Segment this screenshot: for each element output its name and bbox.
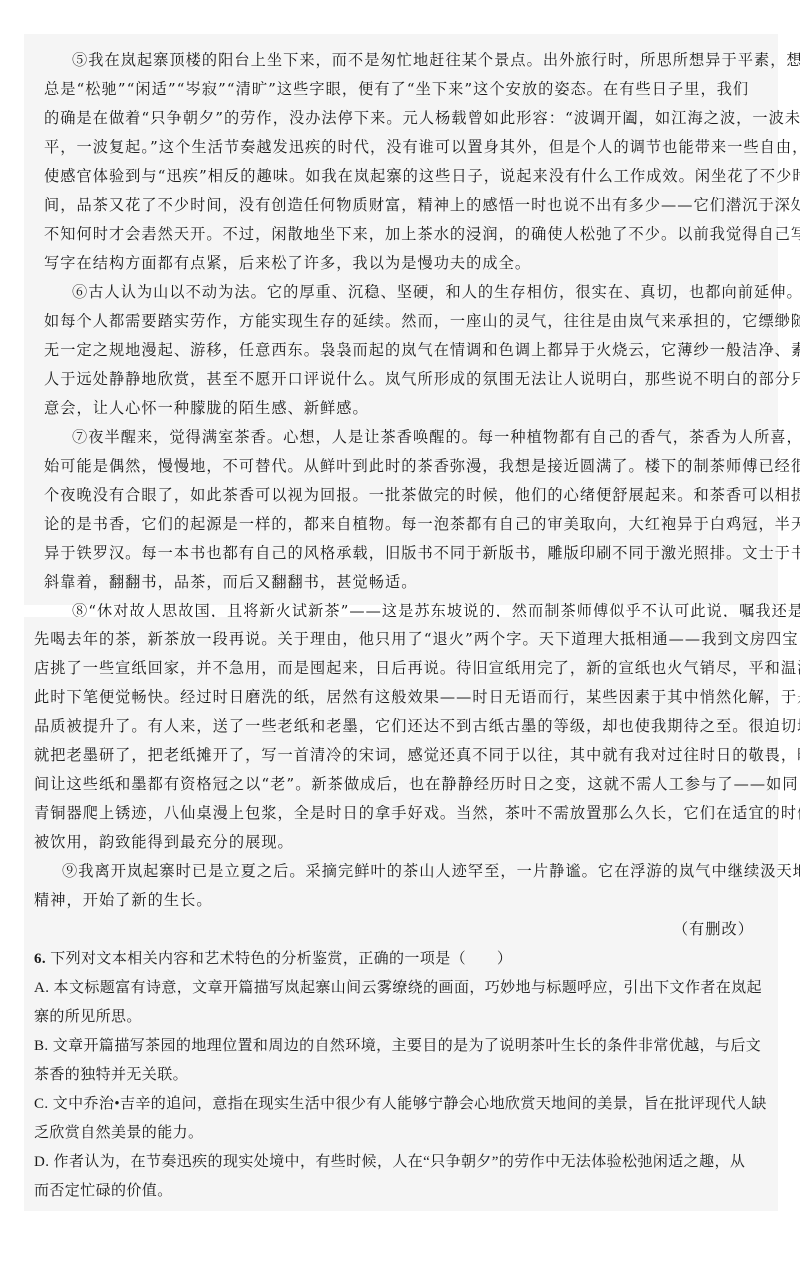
revision-note: （有删改） — [24, 915, 754, 944]
question-stem-text: 下列对文本相关内容和艺术特色的分析鉴赏，正确的一项是（ ） — [50, 945, 512, 974]
essay-line: 如每个人都需要踏实劳作，方能实现生存的延续。然而，一座山的灵气，往往是由岚气来承… — [44, 307, 768, 336]
option-b[interactable]: B. 文章开篇描写茶园的地理位置和周边的自然环境，主要目的是为了说明茶叶生长的条… — [34, 1032, 788, 1061]
essay-line: ⑦夜半醒来，觉得满室茶香。心想，人是让茶香唤醒的。每一种植物都有自己的香气，茶香… — [72, 423, 768, 452]
option-d-label: D. — [34, 1148, 49, 1177]
option-c-text: 文中乔治•吉辛的追问，意指在现实生活中很少有人能够宁静会心地欣赏天地间的美景，旨… — [53, 1090, 767, 1119]
essay-line: 此时下笔便觉畅快。经过时日磨洗的纸，居然有这般效果——时日无语而行，某些因素于其… — [34, 683, 768, 712]
essay-line: 平，一波复起。”这个生活节奏越发迅疾的时代，没有谁可以置身其外，但是个人的调节也… — [44, 133, 768, 162]
essay-line: 无一定之规地漫起、游移，任意西东。袅袅而起的岚气在情调和色调上都异于火烧云，它薄… — [44, 336, 768, 365]
option-a-text: 本文标题富有诗意，文章开篇描写岚起寨山间云雾缭绕的画面，巧妙地与标题呼应，引出下… — [54, 974, 762, 1003]
question-number: 6. — [34, 951, 46, 967]
option-a-label: A. — [34, 974, 49, 1003]
essay-line: 人于远处静静地欣赏，甚至不愿开口评说什么。岚气所形成的氛围无法让人说明白，那些说… — [44, 365, 768, 394]
option-d-cont: 而否定忙碌的价值。 — [34, 1177, 788, 1206]
essay-line: 使感官体验到与“迅疾”相反的趣味。如我在岚起寨的这些日子，说起来没有什么工作成效… — [44, 162, 768, 191]
essay-panel-top: ⑤我在岚起寨顶楼的阳台上坐下来，而不是匆忙地赶往某个景点。出外旅行时，所思所想异… — [24, 34, 778, 605]
essay-line: 青铜器爬上锈迹，八仙桌漫上包浆，全是时日的拿手好戏。当然，茶叶不需放置那么久长，… — [34, 799, 768, 828]
essay-line: 不知何时才会砉然天开。不过，闲散地坐下来，加上茶水的浸润，的确使人松弛了不少。以… — [44, 220, 768, 249]
essay-line: 就把老墨研了，把老纸摊开了，写一首清冷的宋词，感觉还真不同于以往，其中就有我对过… — [34, 741, 768, 770]
option-d-text: 作者认为，在节奏迅疾的现实处境中，有些时候，人在“只争朝夕”的劳作中无法体验松弛… — [54, 1148, 746, 1177]
essay-line: 写字在结构方面都有点紧，后来松了许多，我以为是慢功夫的成全。 — [44, 249, 768, 278]
essay-line: 先喝去年的茶，新茶放一段再说。关于理由，他只用了“退火”两个字。天下道理大抵相通… — [34, 625, 768, 654]
essay-panel-bottom: （有删改） 6. 下列对文本相关内容和艺术特色的分析鉴赏，正确的一项是（ ） A… — [24, 617, 778, 1211]
essay-line: 个夜晚没有合眼了，如此茶香可以视为回报。一批茶做完的时候，他们的心绪便舒展起来。… — [44, 481, 768, 510]
essay-line: 被饮用，韵致能得到最充分的展现。 — [34, 828, 768, 857]
essay-line: 始可能是偶然，慢慢地，不可替代。从鲜叶到此时的茶香弥漫，我想是接近圆满了。楼下的… — [44, 452, 768, 481]
essay-line: 间，品茶又花了不少时间，没有创造任何物质财富，精神上的感悟一时也说不出有多少——… — [44, 191, 768, 220]
essay-line: 间让这些纸和墨都有资格冠之以“老”。新茶做成后，也在静静经历时日之变，这就不需人… — [34, 770, 768, 799]
essay-line: 意会，让人心怀一种朦胧的陌生感、新鲜感。 — [44, 394, 768, 423]
essay-line: ⑥古人认为山以不动为法。它的厚重、沉稳、坚硬，和人的生存相仿，很实在、真切，也都… — [72, 278, 768, 307]
option-b-cont: 茶香的独特并无关联。 — [34, 1061, 788, 1090]
question-stem: 6. 下列对文本相关内容和艺术特色的分析鉴赏，正确的一项是（ ） — [34, 945, 788, 974]
option-b-label: B. — [34, 1032, 49, 1061]
option-b-text: 文章开篇描写茶园的地理位置和周边的自然环境，主要目的是为了说明茶叶生长的条件非常… — [53, 1032, 761, 1061]
essay-line: 店挑了一些宣纸回家，并不急用，而是囤起来，日后再说。待旧宣纸用完了，新的宣纸也火… — [34, 654, 768, 683]
essay-line: 的确是在做着“只争朝夕”的劳作，没办法停下来。元人杨载曾如此形容：“波调开阖，如… — [44, 104, 768, 133]
option-a-cont: 寨的所见所思。 — [34, 1003, 788, 1032]
option-a[interactable]: A. 本文标题富有诗意，文章开篇描写岚起寨山间云雾缭绕的画面，巧妙地与标题呼应，… — [34, 974, 788, 1003]
option-c-label: C. — [34, 1090, 49, 1119]
essay-line: 论的是书香，它们的起源是一样的，都来自植物。每一泡茶都有自己的审美取向，大红袍异… — [44, 510, 768, 539]
option-d[interactable]: D. 作者认为，在节奏迅疾的现实处境中，有些时候，人在“只争朝夕”的劳作中无法体… — [34, 1148, 788, 1177]
essay-line: ⑤我在岚起寨顶楼的阳台上坐下来，而不是匆忙地赶往某个景点。出外旅行时，所思所想异… — [72, 46, 768, 75]
option-c[interactable]: C. 文中乔治•吉辛的追问，意指在现实生活中很少有人能够宁静会心地欣赏天地间的美… — [34, 1090, 788, 1119]
essay-line: 斜靠着，翻翻书，品茶，而后又翻翻书，甚觉畅适。 — [44, 568, 768, 597]
essay-line: 精神，开始了新的生长。 — [34, 886, 768, 915]
essay-line: 总是“松驰”“闲适”“岑寂”“清旷”这些字眼，便有了“坐下来”这个安放的姿态。在… — [44, 75, 768, 104]
essay-line: ⑨我离开岚起寨时已是立夏之后。采摘完鲜叶的茶山人迹罕至，一片静谧。它在浮游的岚气… — [62, 857, 768, 886]
option-c-cont: 乏欣赏自然美景的能力。 — [34, 1119, 788, 1148]
essay-line: 异于铁罗汉。每一本书也都有自己的风格承载，旧版书不同于新版书，雕版印刷不同于激光… — [44, 539, 768, 568]
essay-line: 品质被提升了。有人来，送了一些老纸和老墨，它们还达不到古纸古墨的等级，却也使我期… — [34, 712, 768, 741]
